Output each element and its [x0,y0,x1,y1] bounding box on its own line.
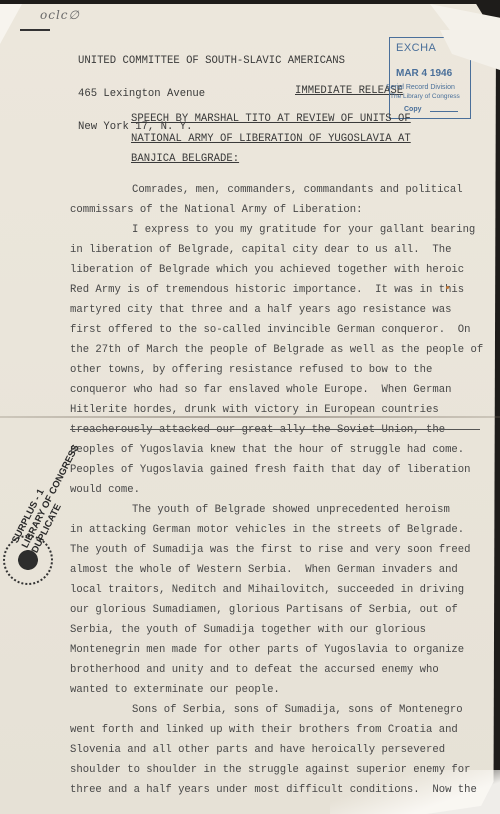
body-line: Hitlerite hordes, drunk with victory in … [70,400,490,420]
body-line: in attacking German motor vehicles in th… [70,520,490,540]
title-line-3: BANJICA BELGRADE: [131,151,411,171]
body-line: went forth and linked up with their brot… [70,720,490,740]
body-line: in liberation of Belgrade, capital city … [70,240,490,260]
organization-name: UNITED COMMITTEE OF SOUTH-SLAVIC AMERICA… [78,56,345,67]
pencil-mark [20,29,50,31]
body-line: Slovenia and all other parts and have he… [70,740,490,760]
body-line: Peoples of Yugoslavia gained fresh faith… [70,460,490,480]
body-line: Comrades, men, commanders, commandants a… [70,180,490,200]
speech-title: SPEECH BY MARSHAL TITO AT REVIEW OF UNIT… [131,111,411,171]
handwritten-catalog-note: oclc∅ [40,8,80,22]
body-line: I express to you my gratitude for your g… [70,220,490,240]
body-line: liberation of Belgrade which you achieve… [70,260,490,280]
title-line-1: SPEECH BY MARSHAL TITO AT REVIEW OF UNIT… [131,111,411,131]
body-line: The youth of Sumadija was the first to r… [70,540,490,560]
body-line: three and a half years under most diffic… [70,780,490,800]
body-line: brotherhood and unity and to defeat the … [70,660,490,680]
body-line: martyred city that three and a half year… [70,300,490,320]
body-line: first offered to the so-called invincibl… [70,320,490,340]
body-line: peoples of Yugoslavia knew that the hour… [70,440,490,460]
title-line-2: NATIONAL ARMY OF LIBERATION OF YUGOSLAVI… [131,131,411,151]
body-line: local traitors, Neditch and Mihailovitch… [70,580,490,600]
stamp-copy-line [430,111,458,112]
speech-body: Comrades, men, commanders, commandants a… [70,180,490,800]
body-line: Red Army is of tremendous historic impor… [70,280,490,300]
body-line-struck: treacherously attacked our great ally th… [70,420,490,440]
body-line: other towns, by offering resistance refu… [70,360,490,380]
body-line: would come. [70,480,490,500]
body-line: Sons of Serbia, sons of Sumadija, sons o… [70,700,490,720]
body-line: Montenegrin men made for other parts of … [70,640,490,660]
stamp-library: The Library of Congress [390,93,460,100]
body-line: shoulder to shoulder in the struggle aga… [70,760,490,780]
body-line: wanted to exterminate our people. [70,680,490,700]
stamp-heading: EXCHA [396,42,436,54]
body-line: the 27th of March the people of Belgrade… [70,340,490,360]
body-line: commissars of the National Army of Liber… [70,200,490,220]
body-line: The youth of Belgrade showed unprecedent… [70,500,490,520]
stamp-date: MAR 4 1946 [396,68,452,79]
body-line: our glorious Sumadiamen, glorious Partis… [70,600,490,620]
stamp-division: Serial Record Division [386,84,455,91]
body-line: Serbia, the youth of Sumadija together w… [70,620,490,640]
body-line: almost the whole of Western Serbia. When… [70,560,490,580]
body-line: conqueror who had so far enslaved whole … [70,380,490,400]
ink-spot [446,286,449,289]
